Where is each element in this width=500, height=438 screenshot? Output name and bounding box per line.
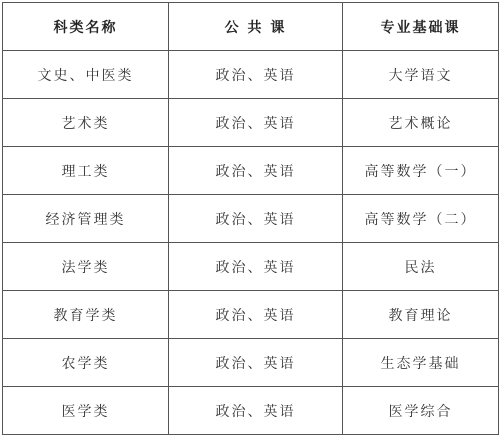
cell-basic-course: 医学综合 xyxy=(343,387,499,435)
cell-basic-course: 生态学基础 xyxy=(343,339,499,387)
table-row: 法学类 政治、英语 民法 xyxy=(3,243,499,291)
cell-public-course: 政治、英语 xyxy=(169,387,343,435)
table-row: 经济管理类 政治、英语 高等数学（二） xyxy=(3,195,499,243)
cell-basic-course: 大学语文 xyxy=(343,51,499,99)
cell-public-course: 政治、英语 xyxy=(169,339,343,387)
cell-category: 教育学类 xyxy=(3,291,169,339)
cell-basic-course: 艺术概论 xyxy=(343,99,499,147)
cell-basic-course: 教育理论 xyxy=(343,291,499,339)
table-row: 教育学类 政治、英语 教育理论 xyxy=(3,291,499,339)
table-header-row: 科类名称 公 共 课 专业基础课 xyxy=(3,3,499,51)
table-row: 医学类 政治、英语 医学综合 xyxy=(3,387,499,435)
cell-category: 农学类 xyxy=(3,339,169,387)
cell-category: 文史、中医类 xyxy=(3,51,169,99)
header-category: 科类名称 xyxy=(3,3,169,51)
table-row: 农学类 政治、英语 生态学基础 xyxy=(3,339,499,387)
table-row: 文史、中医类 政治、英语 大学语文 xyxy=(3,51,499,99)
cell-category: 法学类 xyxy=(3,243,169,291)
cell-public-course: 政治、英语 xyxy=(169,99,343,147)
cell-basic-course: 高等数学（二） xyxy=(343,195,499,243)
cell-public-course: 政治、英语 xyxy=(169,51,343,99)
header-public-course: 公 共 课 xyxy=(169,3,343,51)
header-basic-course: 专业基础课 xyxy=(343,3,499,51)
cell-category: 艺术类 xyxy=(3,99,169,147)
cell-category: 医学类 xyxy=(3,387,169,435)
cell-public-course: 政治、英语 xyxy=(169,243,343,291)
cell-public-course: 政治、英语 xyxy=(169,195,343,243)
cell-basic-course: 高等数学（一） xyxy=(343,147,499,195)
cell-basic-course: 民法 xyxy=(343,243,499,291)
cell-public-course: 政治、英语 xyxy=(169,291,343,339)
cell-public-course: 政治、英语 xyxy=(169,147,343,195)
table-row: 艺术类 政治、英语 艺术概论 xyxy=(3,99,499,147)
table-row: 理工类 政治、英语 高等数学（一） xyxy=(3,147,499,195)
cell-category: 理工类 xyxy=(3,147,169,195)
subject-table: 科类名称 公 共 课 专业基础课 文史、中医类 政治、英语 大学语文 艺术类 政… xyxy=(2,2,499,435)
cell-category: 经济管理类 xyxy=(3,195,169,243)
